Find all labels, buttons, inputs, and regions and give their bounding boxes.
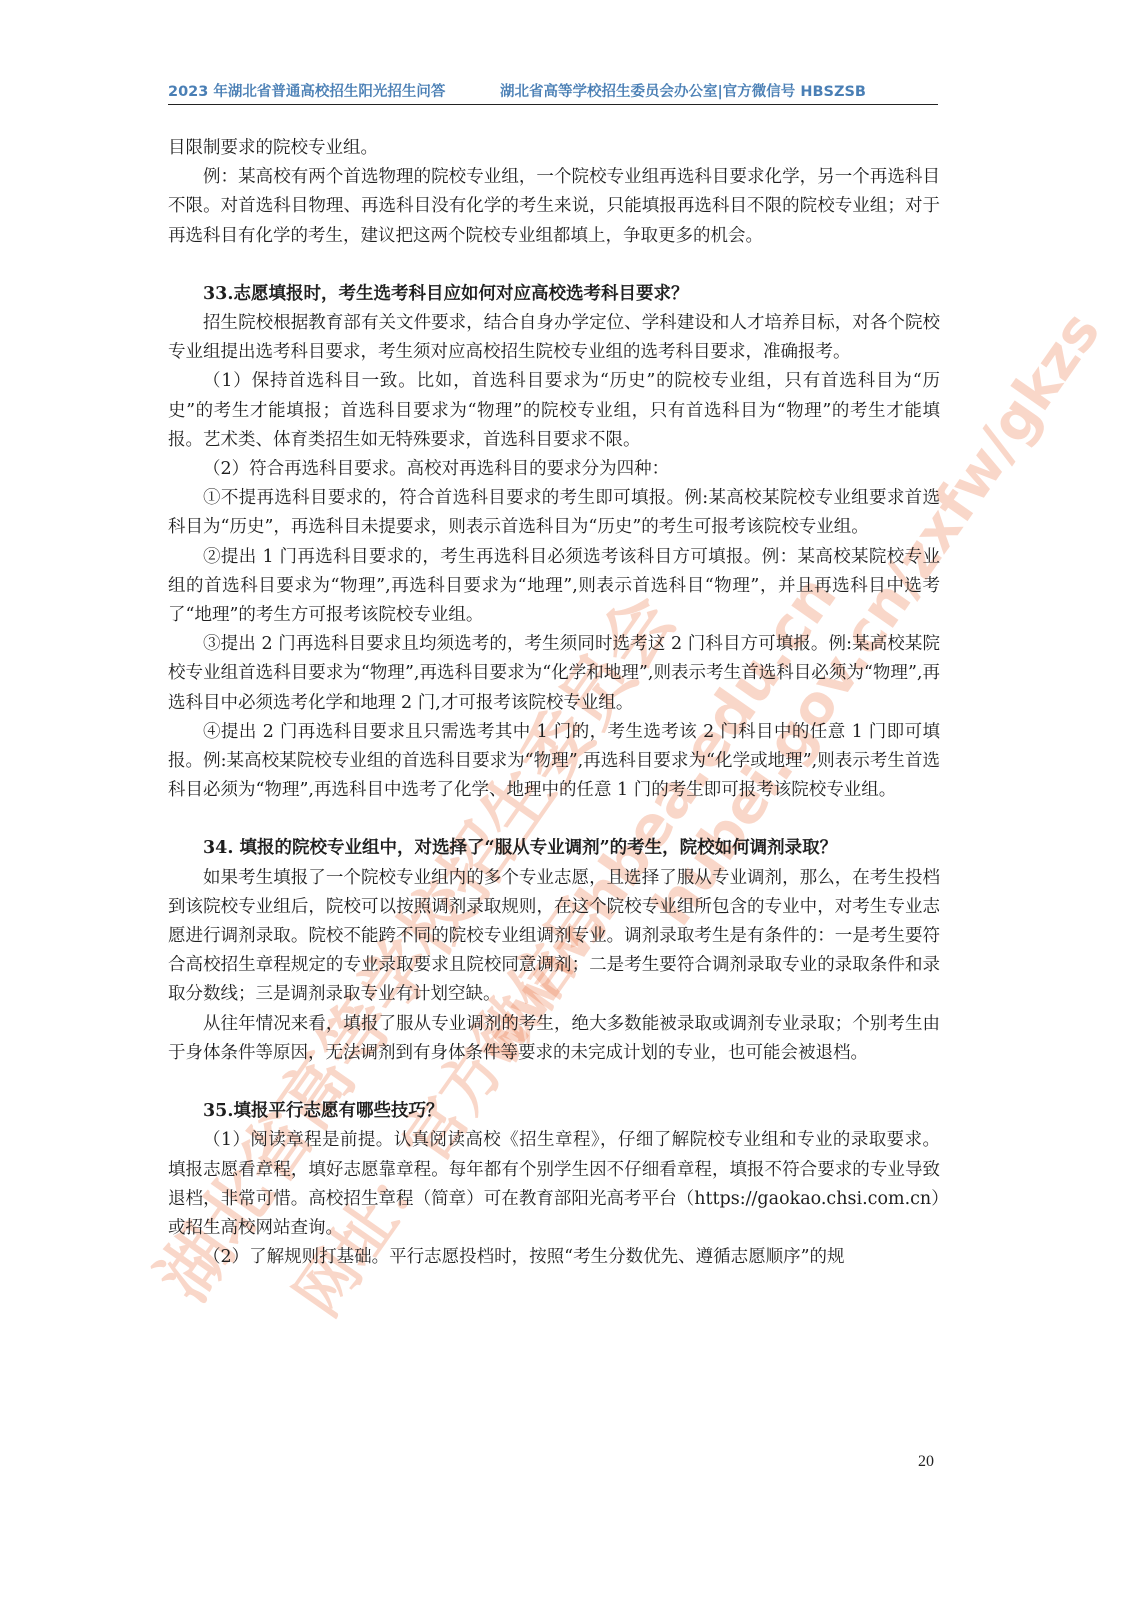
- question-heading-33: 33.志愿填报时，考生选考科目应如何对应高校选考科目要求？: [168, 280, 940, 309]
- paragraph: （2）符合再选科目要求。高校对再选科目的要求分为四种：: [168, 455, 940, 484]
- paragraph: ①不提再选科目要求的，符合首选科目要求的考生即可填报。例:某高校某院校专业组要求…: [168, 484, 940, 542]
- paragraph: （1）阅读章程是前提。认真阅读高校《招生章程》，仔细了解院校专业组和专业的录取要…: [168, 1126, 940, 1243]
- paragraph: （1）保持首选科目一致。比如，首选科目要求为“历史”的院校专业组，只有首选科目为…: [168, 367, 940, 455]
- paragraph: 从往年情况来看，填报了服从专业调剂的考生，绝大多数能被录取或调剂专业录取；个别考…: [168, 1010, 940, 1068]
- paragraph: ④提出 2 门再选科目要求且只需选考其中 1 门的，考生选考该 2 门科目中的任…: [168, 718, 940, 806]
- paragraph: 目限制要求的院校专业组。: [168, 134, 940, 163]
- page-header: 2023 年湖北省普通高校招生阳光招生问答 湖北省高等学校招生委员会办公室|官方…: [168, 80, 938, 105]
- paragraph: ③提出 2 门再选科目要求且均须选考的，考生须同时选考这 2 门科目方可填报。例…: [168, 630, 940, 718]
- paragraph: 例：某高校有两个首选物理的院校专业组，一个院校专业组再选科目要求化学，另一个再选…: [168, 163, 940, 251]
- question-heading-35: 35.填报平行志愿有哪些技巧？: [168, 1097, 940, 1126]
- document-page: 2023 年湖北省普通高校招生阳光招生问答 湖北省高等学校招生委员会办公室|官方…: [0, 0, 1131, 1600]
- header-title: 2023 年湖北省普通高校招生阳光招生问答: [168, 80, 445, 101]
- paragraph: ②提出 1 门再选科目要求的，考生再选科目必须选考该科目方可填报。例：某高校某院…: [168, 543, 940, 631]
- document-body: 目限制要求的院校专业组。 例：某高校有两个首选物理的院校专业组，一个院校专业组再…: [168, 134, 940, 1272]
- page-number: 20: [918, 1453, 934, 1471]
- paragraph: 如果考生填报了一个院校专业组内的多个专业志愿，且选择了服从专业调剂，那么，在考生…: [168, 864, 940, 1010]
- header-publisher: 湖北省高等学校招生委员会办公室|官方微信号 HBSZSB: [500, 80, 866, 101]
- question-heading-34: 34. 填报的院校专业组中，对选择了“服从专业调剂”的考生，院校如何调剂录取？: [168, 834, 940, 863]
- paragraph: 招生院校根据教育部有关文件要求，结合自身办学定位、学科建设和人才培养目标，对各个…: [168, 309, 940, 367]
- paragraph: （2）了解规则打基础。平行志愿投档时，按照“考生分数优先、遵循志愿顺序”的规: [168, 1243, 940, 1272]
